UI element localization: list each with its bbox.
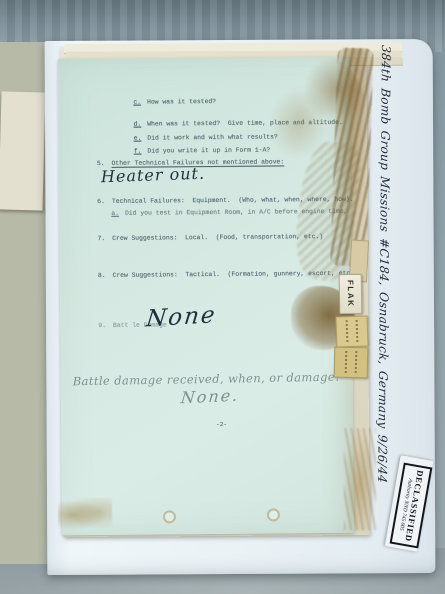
item-8-number: 8. (98, 272, 106, 279)
report-page: c.How was it tested? d.When was it teste… (58, 57, 354, 536)
flak-tab-label: FLAK (346, 280, 355, 307)
question-f-label: f. (134, 148, 142, 155)
question-e-label: e. (134, 135, 142, 142)
index-tab-upper (335, 315, 368, 347)
question-e-text: Did it work and with what results? (147, 133, 277, 141)
item-6-number: 6. (97, 198, 105, 205)
question-f: f.Did you write it up in Form 1-A? (134, 146, 270, 154)
pencil-answer: None. (180, 386, 240, 408)
item-7-heading: Crew Suggestions: Local. (Food, transpor… (112, 233, 323, 242)
page-number: -2- (216, 421, 227, 428)
punch-hole (267, 508, 280, 521)
question-d-label: d. (133, 121, 141, 128)
flak-index-tab: FLAK (339, 274, 363, 314)
question-c-label: c. (133, 99, 141, 106)
item-7: 7.Crew Suggestions: Local. (Food, transp… (97, 233, 323, 242)
item-6-heading: Technical Failures: Equipment. (Who, wha… (112, 196, 354, 205)
pencil-question: Battle damage received, when, or damage? (73, 370, 342, 389)
question-c-text: How was it tested? (147, 98, 216, 106)
item-8-heading: Crew Suggestions: Tactical. (Formation, … (112, 270, 358, 279)
left-paper-card (0, 91, 48, 210)
item-6a-label: a. (111, 210, 119, 217)
handwritten-answer-none: None (145, 302, 218, 333)
punch-hole (163, 510, 176, 523)
item-6: 6.Technical Failures: Equipment. (Who, w… (97, 196, 353, 205)
item-6a-text: Did you test in Equipment Room, in A/C b… (125, 208, 347, 217)
item-8: 8.Crew Suggestions: Tactical. (Formation… (98, 270, 358, 279)
question-c: c.How was it tested? (133, 98, 216, 106)
question-f-text: Did you write it up in Form 1-A? (147, 146, 270, 154)
question-e: e.Did it work and with what results? (134, 133, 278, 141)
item-7-number: 7. (97, 235, 105, 242)
archivist-margin-note: 384th Bomb Group Missions #C184, Osnabru… (376, 44, 393, 382)
index-tab-lower (334, 347, 369, 379)
handwritten-answer-heater-out: Heater out. (101, 164, 206, 187)
archival-scan: c.How was it tested? d.When was it teste… (0, 0, 445, 594)
item-5-number: 5. (97, 160, 105, 167)
item-6a: a.Did you test in Equipment Room, in A/C… (111, 208, 347, 217)
question-d: d.When was it tested? Give time, place a… (133, 119, 342, 128)
question-d-text: When was it tested? Give time, place and… (147, 119, 343, 128)
item-9-number: 9. (98, 322, 106, 329)
